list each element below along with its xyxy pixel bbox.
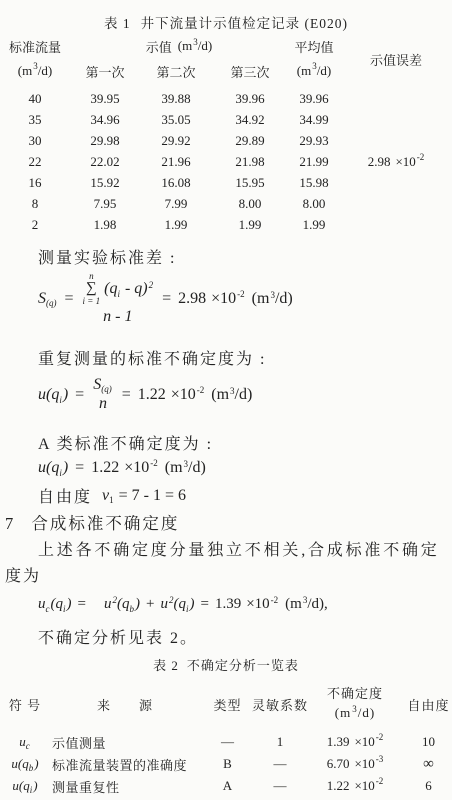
cell: 34.99 [288,109,340,130]
unit-m3-per-day: (m3/d) [288,58,340,84]
fraction: S(q) n [93,376,113,413]
unit-m3-per-day: (m3/d) [285,596,324,613]
table1-header: 标准流量 示值 (m3/d) 平均值 示值误差 (m3/d) 第一次 第二次 第… [0,34,452,84]
table2-header: 符 号 来 源 类型 灵敏系数 不确定度 (m3/d) 自由度 [0,682,452,726]
unit-m3-per-day: (m3/d) [252,290,293,308]
unit-m3-per-day: (m3/d) [335,704,375,723]
cell-source: 标准流量装置的准确度 [50,753,200,775]
unit-exponent: 3 [184,459,189,469]
times-ten: ×10 [354,734,374,750]
comma: , [324,596,328,613]
cell: 1.99 [212,214,288,235]
dof-equation: = 7 - 1 = 6 [119,487,186,505]
paragraph-line-2: 度为 [5,563,41,586]
cell: 7.95 [70,193,140,214]
argument: (qi) [46,386,68,404]
see-table2-note: 不确定分析见表 2。 [38,625,198,648]
cell-error [340,130,452,151]
cell: 29.89 [212,130,288,151]
sigma-symbol: ∑ [86,281,97,297]
cell-error [340,109,452,130]
cell: 16.08 [140,172,212,193]
cell: 39.96 [212,88,288,109]
cell: 15.98 [288,172,340,193]
cell: 39.88 [140,88,212,109]
fraction-denominator: n [99,395,107,413]
cell: 34.96 [70,109,140,130]
equals-sign: = [162,290,171,308]
equals-sign: = [122,386,131,404]
times-ten: ×10 [246,596,269,613]
formula-repeat-uncertainty: u (qi) = S(q) n = 1.22 ×10-2 (m3/d) [38,376,252,413]
cell-source: 示值测量 [50,731,200,753]
label-class-a-uncertainty: A 类标准不确定度为 : [38,431,213,454]
argument: (qi) [46,459,68,477]
unit-m3-per-day: (m3/d) [0,58,70,84]
table1-caption: 表 1井下流量计示值检定记录 (E020) [0,12,452,32]
cell: 8 [0,193,70,214]
cell-uncertainty: 6.70×10-3 [305,753,405,775]
symbol-u: u [38,459,46,477]
exponent-2: 2 [112,595,117,605]
cell: 40 [0,88,70,109]
cell-sensitivity: 1 [255,731,305,753]
header-indication-label: 示值 [146,37,172,56]
cell: 30 [0,130,70,151]
unit-m3-per-day: (m3/d) [178,38,212,54]
cell: 7.99 [140,193,212,214]
exponent-2: 2 [149,280,154,290]
cell: 29.98 [70,130,140,151]
unit-exponent: 3 [352,704,358,714]
cell: 35 [0,109,70,130]
cell: 15.95 [212,172,288,193]
table1-caption-text: 井下流量计示值检定记录 (E020) [141,16,348,31]
label-degrees-of-freedom: 自由度 [38,484,92,507]
cell: 22.02 [70,151,140,172]
cell: 22 [0,151,70,172]
formula-class-a-value: u (qi) = 1.22 ×10-2 (m3/d) [38,459,206,477]
plus-sign: + [146,596,154,613]
term-u2-qb: u2(qb) [104,596,140,613]
cell: 1.99 [140,214,212,235]
times-ten: ×10 [354,778,374,794]
header-uncertainty: 不确定度 (m3/d) [305,682,405,726]
cell: 39.96 [288,88,340,109]
symbol-u: u [38,596,46,613]
header-indication: 示值 (m3/d) [70,34,288,58]
document-page: 表 1井下流量计示值检定记录 (E020) 标准流量 示值 (m3/d) 平均值… [0,0,452,800]
result-value: 1.22 [138,386,166,404]
subscript-i: i [59,468,62,478]
times-ten: ×10 [124,459,149,477]
header-run3: 第三次 [212,58,288,84]
cell: 15.92 [70,172,140,193]
cell: 21.98 [212,151,288,172]
cell: 39.95 [70,88,140,109]
squared-deviation-term: (qi - q)2 [104,280,153,298]
subscript-i: i [59,395,62,405]
term-u2-qi: u2(qi) [160,596,194,613]
header-symbol: 符 号 [0,682,50,726]
cell-error [340,172,452,193]
section-number: 7 [5,514,13,533]
label-experimental-std-dev: 测量实验标准差 : [38,245,176,268]
equals-sign: = [78,596,86,613]
cell-dof: ∞ [405,753,452,775]
symbol-nu: ν [102,487,109,505]
header-dof: 自由度 [405,682,452,726]
equals-sign: = [65,290,74,308]
unit-exponent: 3 [193,37,198,47]
cell: 16 [0,172,70,193]
summation: n ∑ i = 1 [83,272,101,307]
times-ten: ×10 [171,386,196,404]
formula-std-deviation: S(q) = n ∑ i = 1 (qi - q)2 n - 1 = 2.98 … [38,272,293,326]
cell: 29.93 [288,130,340,151]
header-indication-error: 示值误差 [340,34,452,84]
cell: 8.00 [288,193,340,214]
times-ten: ×10 [211,290,236,308]
header-type: 类型 [200,682,255,726]
result-value: 1.39 [215,596,241,613]
cell-source: 测量重复性 [50,775,200,797]
cell-type: B [200,753,255,775]
cell: 21.96 [140,151,212,172]
label-repeat-uncertainty: 重复测量的标准不确定度为 : [38,346,266,369]
subscript-b: b [129,604,134,614]
table2-body: uc 示值测量 — 1 1.39×10-2 10 u(qb) 标准流量装置的准确… [0,731,452,797]
header-run2: 第二次 [140,58,212,84]
cell-type: A [200,775,255,797]
unit-m3-per-day: (m3/d) [211,386,252,404]
cell-symbol: u(qb) [0,753,50,775]
unit-exponent: 3 [270,290,275,300]
symbol-S: S [38,290,46,308]
cell: 2 [0,214,70,235]
formula-degrees-of-freedom: 自由度 ν1 = 7 - 1 = 6 [38,484,186,507]
fraction: n ∑ i = 1 (qi - q)2 n - 1 [83,272,154,326]
cell-uncertainty: 1.39×10-2 [305,731,405,753]
header-standard-flow: 标准流量 [0,34,70,58]
times-ten: ×10 [395,154,415,170]
header-source: 来 源 [50,682,200,726]
fraction-numerator: n ∑ i = 1 (qi - q)2 [83,272,154,307]
fraction-denominator: n - 1 [103,308,132,326]
unit-m3-per-day: (m3/d) [165,459,206,477]
cell-type: — [200,731,255,753]
cell-sensitivity: — [255,753,305,775]
cell-dof: 10 [405,731,452,753]
cell: 34.92 [212,109,288,130]
cell-error [340,193,452,214]
subscript-i: i [63,604,66,614]
table1-caption-number: 表 1 [104,16,131,31]
table1-body: 4039.9539.8839.9639.96 3534.9635.0534.92… [0,88,452,235]
cell: 8.00 [212,193,288,214]
cell-dof: 6 [405,775,452,797]
paragraph-line-1: 上述各不确定度分量独立不相关,合成标准不确定 [38,537,440,560]
unit-exponent: 3 [303,595,308,605]
unit-exponent: 3 [230,386,235,396]
header-average: 平均值 [288,34,340,58]
section-title: 合成标准不确定度 [31,514,179,533]
cell: 1.99 [288,214,340,235]
cell-symbol: u(qi) [0,775,50,797]
section-7-heading: 7 合成标准不确定度 [5,510,179,534]
subscript-i: i [117,289,120,299]
cell-error [340,214,452,235]
equals-sign: = [200,596,208,613]
result-value: 2.98 [178,290,206,308]
cell: 35.05 [140,109,212,130]
cell-error [340,88,452,109]
exponent-2: 2 [169,595,174,605]
result-value: 1.22 [91,459,119,477]
cell-sensitivity: — [255,775,305,797]
cell: 29.92 [140,130,212,151]
header-run1: 第一次 [70,58,140,84]
cell: 21.99 [288,151,340,172]
equals-sign: = [75,386,84,404]
symbol-u: u [38,386,46,404]
fraction-numerator: S(q) [93,376,113,394]
table2-caption-number: 表 2 [153,658,179,673]
header-sensitivity: 灵敏系数 [255,682,305,726]
argument: (qi) [51,596,72,613]
cell-symbol: uc [0,731,50,753]
cell-error-value: 2.98×10-2 [340,151,452,172]
cell: 1.98 [70,214,140,235]
times-ten: ×10 [354,756,374,772]
table2-caption: 表 2不确定分析一览表 [0,655,452,674]
formula-combined-uncertainty: uc (qi) = u2(qb) + u2(qi) = 1.39 ×10-2 (… [38,596,328,613]
equals-sign: = [75,459,84,477]
cell-uncertainty: 1.22×10-2 [305,775,405,797]
sum-lower-limit: i = 1 [83,297,101,306]
table2-caption-text: 不确定分析一览表 [187,658,299,673]
